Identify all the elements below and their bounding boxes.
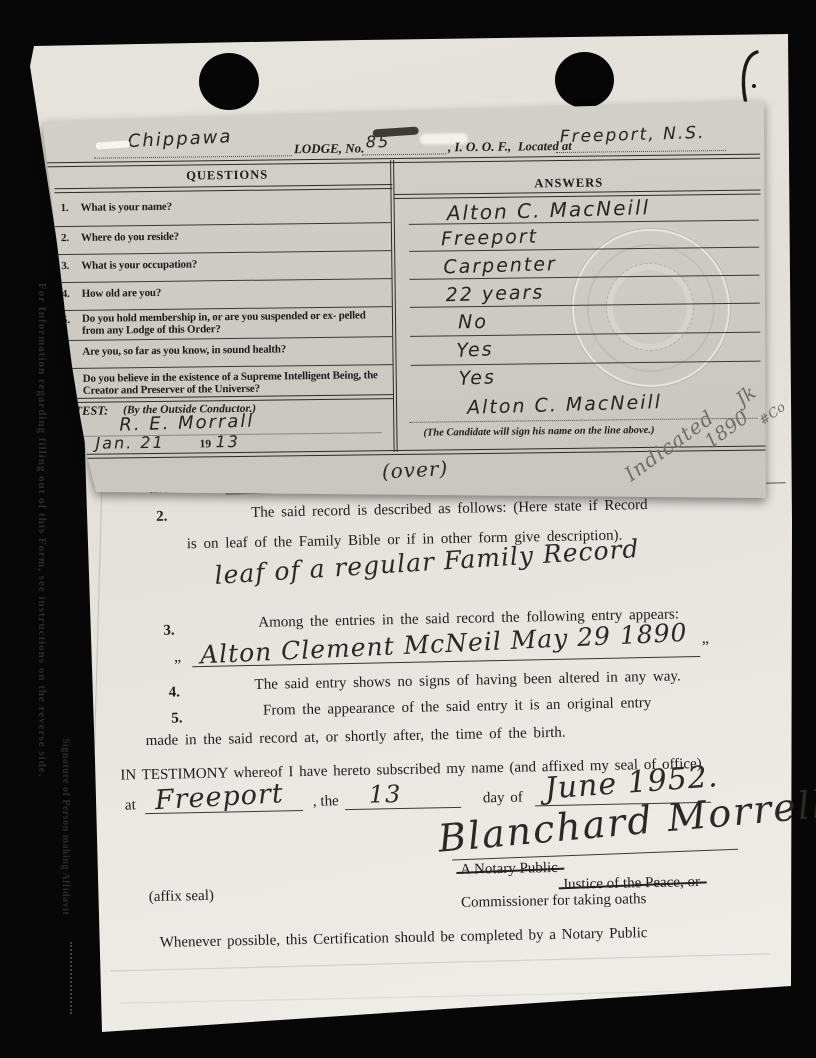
location-dotted-line: [556, 150, 726, 153]
questions-header-rule: [54, 184, 392, 193]
location-handwritten: Freeport, N.S.: [560, 123, 706, 147]
question-rule: [56, 336, 392, 341]
ioof-label: , I. O. O. F.,: [448, 139, 512, 156]
signature-margin-note: Signature of Person making Affidavit: [60, 738, 71, 968]
candidate-signature: Alton C. MacNeill: [467, 391, 663, 419]
question-rule: [55, 250, 391, 255]
day-handwritten: 13: [369, 780, 402, 809]
date-handwritten: Jan. 21: [95, 433, 164, 453]
question-text: What is your name?: [81, 198, 381, 214]
answer-age: 22 years: [445, 281, 544, 306]
answers-header: ANSWERS: [534, 175, 603, 191]
lodge-no-label: LODGE, No.: [294, 140, 365, 157]
lodge-name-dotted-line: [94, 155, 292, 158]
at-label: at: [125, 797, 136, 814]
clause3-number: 3.: [163, 623, 175, 640]
question-number: 5.: [62, 314, 70, 326]
candidate-note: (The Candidate will sign his name on the…: [423, 425, 654, 439]
question-number: 4.: [62, 288, 70, 300]
ink-smudge: [373, 127, 419, 138]
the-label: , the: [313, 793, 339, 811]
clause4-number: 4.: [169, 684, 181, 701]
attest-label: ATTEST:: [59, 404, 108, 420]
affidavit-body: and his wife 2. The said record is descr…: [100, 444, 805, 978]
signature-margin-dotted-line: [70, 942, 72, 1014]
clause2-number: 2.: [156, 509, 168, 526]
day-of-label: day of: [483, 790, 523, 808]
answer-occupation: Carpenter: [443, 253, 557, 278]
lodge-form: Chippawa LODGE, No. 85 , I. O. O. F., Lo…: [38, 98, 766, 498]
answer-belief: Yes: [458, 366, 496, 390]
clause3-open-quote: „: [174, 648, 181, 666]
question-number: 3.: [61, 260, 69, 272]
question-text: Do you hold membership in, or are you su…: [82, 310, 388, 337]
lodge-form-wrap: Chippawa LODGE, No. 85 , I. O. O. F., Lo…: [38, 98, 766, 498]
affix-seal-label: (affix seal): [149, 888, 214, 906]
question-text: Are you, so far as you know, in sound he…: [82, 342, 388, 358]
clause5-number: 5.: [171, 710, 183, 727]
paper-crease: [120, 989, 760, 1004]
answer-residence: Freeport: [441, 225, 539, 250]
option-notary: A Notary Public: [460, 860, 558, 879]
option-commissioner: Commissioner for taking oaths: [461, 891, 647, 912]
lodge-number-dotted-line: [362, 153, 446, 155]
answer-health: Yes: [456, 338, 494, 362]
question-text: Do you believe in the existence of a Sup…: [83, 370, 389, 397]
footer-note: Whenever possible, this Certification sh…: [160, 925, 648, 952]
header-double-rule: [40, 154, 760, 168]
questions-header: QUESTIONS: [186, 168, 268, 184]
clause4-text: The said entry shows no signs of having …: [254, 668, 680, 694]
answer-membership: No: [458, 311, 488, 333]
question-number: 6.: [62, 346, 70, 358]
question-rule: [57, 364, 393, 369]
clause2-line1: The said record is described as follows:…: [251, 497, 648, 522]
clause3-close-quote: „: [702, 630, 709, 648]
day-underline: [345, 807, 461, 810]
year-printed: 19: [199, 438, 211, 450]
question-text: Where do you reside?: [81, 228, 381, 244]
sheet-edge-line: [86, 470, 103, 1030]
year-handwritten: 13: [215, 432, 240, 451]
whiteout-mark: [96, 140, 130, 149]
microfilm-scan: For Information regarding filling out of…: [0, 0, 816, 1058]
question-text: How old are you?: [82, 284, 382, 300]
over-note: (over): [381, 456, 448, 483]
question-number: 7.: [63, 374, 71, 386]
question-text: What is your occupation?: [81, 256, 381, 272]
question-number: 1.: [61, 202, 69, 214]
date-label: (Date): [53, 440, 83, 452]
question-rule: [55, 222, 391, 227]
question-rule: [56, 278, 392, 283]
clause5-line1: From the appearance of the said entry it…: [263, 695, 652, 720]
question-number: 2.: [61, 232, 69, 244]
lodge-name-handwritten: Chippawa: [127, 126, 232, 152]
clause5-line2: made in the said record at, or shortly a…: [146, 725, 566, 750]
embossed-seal: [571, 228, 731, 388]
